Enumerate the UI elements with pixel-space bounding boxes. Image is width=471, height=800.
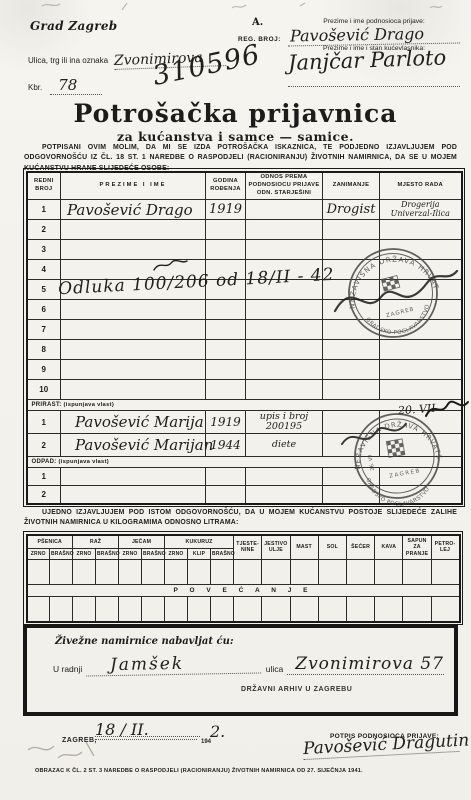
person-name: Pavošević Marija bbox=[61, 411, 206, 434]
pencil-scribble bbox=[24, 732, 134, 764]
col-header-year: GODINA ROĐENJA bbox=[206, 172, 246, 200]
round-official-stamp-middle: NEZAVISNA DRŽAVA HRVATSKA GRADSKO POGLAV… bbox=[331, 241, 459, 355]
row-number: 1 bbox=[27, 411, 61, 434]
person-relation: diete bbox=[246, 434, 323, 457]
person-occupation: Drogist bbox=[323, 200, 380, 220]
person-name: Pavošević Marijan bbox=[61, 434, 206, 457]
sub-brasno: BRAŠNO bbox=[211, 549, 234, 560]
col-header-occupation: ZANIMANJE bbox=[323, 172, 380, 200]
col-header-relation: ODNOS PREMA PODNOSIOCU PRIJAVE ODN. STAR… bbox=[246, 172, 323, 200]
table-row: 9 bbox=[27, 360, 462, 380]
landlord-name-handwriting: Janjčar Parloto bbox=[288, 45, 461, 75]
signature-handwriting: Pavošević Dragutin bbox=[303, 731, 460, 760]
supplies-increase-row: P O V E Ć A N J E bbox=[27, 585, 460, 597]
house-number-value: 78 bbox=[50, 76, 102, 95]
sub-klip: KLIP bbox=[188, 549, 211, 560]
prirast-label: PRIRAST: bbox=[32, 402, 62, 408]
col-mast: MAST bbox=[290, 535, 318, 560]
scribble-mark bbox=[150, 258, 190, 274]
stamp-center-text: ZAGREB bbox=[386, 306, 415, 319]
sub-brasno: BRAŠNO bbox=[50, 549, 73, 560]
row-number: 6 bbox=[27, 300, 61, 320]
row-number: 7 bbox=[27, 320, 61, 340]
col-tjestenine: TJESTE-NINE bbox=[234, 535, 262, 560]
purchase-row: U radnji Jamšek ulica Zvonimirova 57 bbox=[53, 654, 444, 675]
supplies-group-header-row: PŠENICA RAŽ JEČAM KUKURUZ TJESTE-NINE JE… bbox=[27, 535, 460, 549]
stamp-shield bbox=[381, 276, 399, 292]
row-number: 2 bbox=[27, 434, 61, 457]
sub-zrno: ZRNO bbox=[165, 549, 188, 560]
registry-number-handwriting: 310596 bbox=[150, 39, 263, 92]
scanned-form-page: Grad Zagreb Ulica, trg ili ina oznakaZvo… bbox=[0, 0, 471, 800]
shop-name-handwriting: Jamšek bbox=[86, 652, 262, 676]
row-number: 2 bbox=[27, 220, 61, 240]
col-sapun: SAPUN ZA PRANJE bbox=[403, 535, 431, 560]
col-group-jecam: JEČAM bbox=[119, 535, 165, 549]
col-jestivo-ulje: JESTIVO ULJE bbox=[262, 535, 290, 560]
stamp-center-text: ZAGREB bbox=[389, 468, 421, 479]
prirast-section-row: PRIRAST: (ispunjava vlast) bbox=[27, 400, 462, 411]
form-subtitle: za kućanstva i samce — samice. bbox=[0, 129, 471, 144]
col-kava: KAVA bbox=[375, 535, 403, 560]
odpad-label-note: (ispunjava vlast) bbox=[59, 459, 110, 465]
table-row: 2 bbox=[27, 220, 462, 240]
applicant-name-handwriting: Pavošević Drago bbox=[288, 24, 460, 47]
prirast-label-note: (ispunjava vlast) bbox=[64, 402, 115, 408]
stamp-shield bbox=[386, 439, 405, 458]
row-number: 4 bbox=[27, 260, 61, 280]
shop-street-handwriting: Zvonimirova 57 bbox=[287, 654, 444, 675]
row-number: 2 bbox=[27, 486, 61, 504]
supplies-declaration: UJEDNO IZJAVLJUJEM POD ISTOM ODGOVORNOŠĆ… bbox=[24, 508, 457, 529]
person-name: Pavošević Drago bbox=[61, 200, 206, 220]
person-year: 1919 bbox=[206, 411, 246, 434]
sub-zrno: ZRNO bbox=[27, 549, 50, 560]
row-number: 1 bbox=[27, 468, 61, 486]
persons-header-row: REDNI BROJ PREZIME I IME GODINA ROĐENJA … bbox=[27, 172, 462, 200]
col-group-kukuruz: KUKURUZ bbox=[165, 535, 234, 549]
header-right-block: Prezime i ime podnosioca prijave: Pavoše… bbox=[288, 18, 460, 87]
supplies-table-frame: PŠENICA RAŽ JEČAM KUKURUZ TJESTE-NINE JE… bbox=[23, 531, 463, 625]
table-row: 1 Pavošević Drago 1919 Drogist Drogerija… bbox=[27, 200, 462, 220]
house-number-row: Kbr.78 bbox=[28, 76, 102, 95]
increase-label: P O V E Ć A N J E bbox=[27, 585, 460, 597]
sub-brasno: BRAŠNO bbox=[96, 549, 119, 560]
row-number: 3 bbox=[27, 240, 61, 260]
person-workplace: Drogerija Univerzal-Ilica bbox=[380, 200, 462, 220]
col-group-raz: RAŽ bbox=[73, 535, 119, 549]
round-official-stamp-bottom: NEZAVISNA DRŽAVA HRVATSKA GRADSKO POGLAV… bbox=[336, 410, 458, 506]
col-header-num: REDNI BROJ bbox=[27, 172, 61, 200]
row-number: 9 bbox=[27, 360, 61, 380]
purchase-box: Živežne namirnice nabavljat ću: U radnji… bbox=[23, 624, 458, 716]
col-header-workplace: MJESTO RADA bbox=[380, 172, 462, 200]
supplies-empty-row bbox=[27, 560, 460, 585]
row-number: 8 bbox=[27, 340, 61, 360]
form-title: Potrošačka prijavnica bbox=[0, 99, 471, 128]
purchase-heading: Živežne namirnice nabavljat ću: bbox=[55, 636, 234, 647]
stamp-ring bbox=[348, 410, 445, 505]
col-sol: SOL bbox=[318, 535, 346, 560]
city-label: Grad Zagreb bbox=[30, 19, 118, 33]
odpad-label: ODPAD: bbox=[32, 459, 57, 465]
col-header-name: PREZIME I IME bbox=[61, 172, 206, 200]
shop-label: U radnji bbox=[53, 664, 82, 675]
col-secer: ŠEĆER bbox=[346, 535, 374, 560]
section-letter: A. bbox=[252, 17, 263, 28]
table-row: 10 bbox=[27, 380, 462, 400]
archive-stamp-text: DRŽAVNI ARHIV U ZAGREBU bbox=[241, 686, 352, 693]
person-relation: upis i broj 200195 bbox=[246, 411, 323, 434]
supplies-table: PŠENICA RAŽ JEČAM KUKURUZ TJESTE-NINE JE… bbox=[26, 534, 461, 623]
sub-zrno: ZRNO bbox=[119, 549, 142, 560]
col-group-psenica: PŠENICA bbox=[27, 535, 73, 549]
house-number-label: Kbr. bbox=[28, 83, 42, 92]
shop-street-label: ulica bbox=[266, 664, 283, 675]
row-number: 10 bbox=[27, 380, 61, 400]
year-handwriting: 2. bbox=[210, 722, 225, 741]
empty-dotted-line bbox=[288, 76, 460, 87]
person-relation bbox=[246, 200, 323, 220]
person-year: 1919 bbox=[206, 200, 246, 220]
legal-footnote: OBRAZAC K ČL. 2 ST. 3 NAREDBE O RASPODJE… bbox=[35, 768, 363, 774]
row-number: 1 bbox=[27, 200, 61, 220]
street-label: Ulica, trg ili ina oznaka bbox=[28, 56, 108, 65]
sub-brasno: BRAŠNO bbox=[142, 549, 165, 560]
sub-zrno: ZRNO bbox=[73, 549, 96, 560]
supplies-empty-row bbox=[27, 597, 460, 622]
col-petrolej: PETRO-LEJ bbox=[431, 535, 459, 560]
stamp-date-text: 26. VII bbox=[367, 454, 376, 471]
row-number: 5 bbox=[27, 280, 61, 300]
